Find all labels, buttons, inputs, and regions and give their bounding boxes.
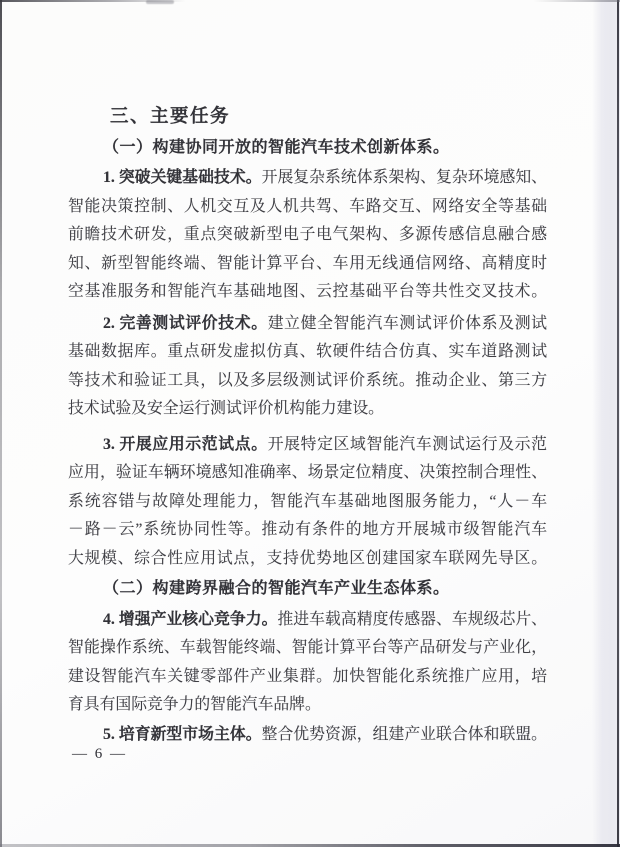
text-line: 1. 突破关键基础技术。开展复杂系统体系架构、复杂环境感知、 [68,164,547,193]
emphasis-text: （二）构建跨界融合的智能汽车产业生态体系。 [103,580,450,597]
paragraph: 3. 开展应用示范试点。开展特定区域智能汽车测试运行及示范应用，验证车辆环境感知… [68,431,547,574]
body-text: 推进车载高精度传感器、车规级芯片、 [277,611,547,628]
text-line: 4. 增强产业核心竞争力。推进车载高精度传感器、车规级芯片、 [68,606,547,635]
text-line: 2. 完善测试评价技术。建立健全智能汽车测试评价体系及测试 [68,310,547,339]
body-text: 开展特定区域智能汽车测试运行及示范 [268,436,547,453]
text-line: 5. 培育新型市场主体。整合优势资源，组建产业联合体和联盟。 [68,721,547,750]
body-text: 知、新型智能终端、智能计算平台、车用无线通信网络、高精度时 [68,255,547,272]
body-text: 育具有国际竞争力的智能汽车品牌。 [68,696,321,713]
body-text: 基础数据库。重点研发虚拟仿真、软硬件结合仿真、实车道路测试 [68,343,547,360]
text-line: 前瞻技术研发，重点突破新型电子电气架构、多源传感信息融合感 [68,221,547,250]
text-line: 三、主要任务 [68,102,547,131]
emphasis-text: 三、主要任务 [110,105,230,126]
text-line: 技术试验及安全运行测试评价机构能力建设。 [68,395,547,424]
emphasis-text: 4. 增强产业核心竞争力。 [103,611,277,628]
emphasis-text: （一）构建协同开放的智能汽车技术创新体系。 [103,139,450,156]
text-line: 知、新型智能终端、智能计算平台、车用无线通信网络、高精度时 [68,250,547,279]
text-line: －路－云”系统协同性等。推动有条件的地方开展城市级智能汽车 [68,516,547,545]
document-body: 三、主要任务（一）构建协同开放的智能汽车技术创新体系。1. 突破关键基础技术。开… [68,102,547,749]
body-text: 应用，验证车辆环境感知准确率、场景定位精度、决策控制合理性、 [68,464,547,481]
body-text: 技术试验及安全运行测试评价机构能力建设。 [68,400,384,417]
emphasis-text: 5. 培育新型市场主体。 [103,726,262,743]
text-line: 大规模、综合性应用试点，支持优势地区创建国家车联网先导区。 [68,545,547,574]
text-line: （二）构建跨界融合的智能汽车产业生态体系。 [68,575,547,604]
body-text: 智能决策控制、人机交互及人机共驾、车路交互、网络安全等基础 [68,198,547,215]
body-text: 空基准服务和智能汽车基础地图、云控基础平台等共性交叉技术。 [68,283,547,300]
text-line: 3. 开展应用示范试点。开展特定区域智能汽车测试运行及示范 [68,431,547,460]
scan-edge-top [0,0,620,2]
paragraph: 2. 完善测试评价技术。建立健全智能汽车测试评价体系及测试基础数据库。重点研发虚… [68,310,547,424]
scan-right-page-edge [592,0,620,847]
body-text: －路－云”系统协同性等。推动有条件的地方开展城市级智能汽车 [68,521,547,538]
text-line: 育具有国际竞争力的智能汽车品牌。 [68,691,547,720]
body-text: 前瞻技术研发，重点突破新型电子电气架构、多源传感信息融合感 [68,226,547,243]
body-text: 大规模、综合性应用试点，支持优势地区创建国家车联网先导区。 [68,550,547,567]
scanned-page: 三、主要任务（一）构建协同开放的智能汽车技术创新体系。1. 突破关键基础技术。开… [0,0,620,847]
paragraph: 5. 培育新型市场主体。整合优势资源，组建产业联合体和联盟。 [68,721,547,750]
emphasis-text: 3. 开展应用示范试点。 [103,436,268,453]
text-line: 智能决策控制、人机交互及人机共驾、车路交互、网络安全等基础 [68,193,547,222]
sub-heading: （一）构建协同开放的智能汽车技术创新体系。 [68,134,547,163]
emphasis-text: 2. 完善测试评价技术。 [103,315,268,332]
sub-heading: （二）构建跨界融合的智能汽车产业生态体系。 [68,575,547,604]
body-text: 智能操作系统、车载智能终端、智能计算平台等产品研发与产业化， [68,639,547,656]
text-line: 空基准服务和智能汽车基础地图、云控基础平台等共性交叉技术。 [68,278,547,307]
body-text: 开展复杂系统体系架构、复杂环境感知、 [262,169,547,186]
text-line: （一）构建协同开放的智能汽车技术创新体系。 [68,134,547,163]
scan-edge-left [0,0,2,847]
text-line: 建设智能汽车关键零部件产业集群。加快智能化系统推广应用，培 [68,663,547,692]
body-text: 系统容错与故障处理能力，智能汽车基础地图服务能力，“人－车 [68,493,547,510]
emphasis-text: 1. 突破关键基础技术。 [103,169,262,186]
text-line: 系统容错与故障处理能力，智能汽车基础地图服务能力，“人－车 [68,488,547,517]
section-heading: 三、主要任务 [68,102,547,131]
text-line: 等技术和验证工具，以及多层级测试评价系统。推动企业、第三方 [68,367,547,396]
body-text: 等技术和验证工具，以及多层级测试评价系统。推动企业、第三方 [68,372,547,389]
text-line: 基础数据库。重点研发虚拟仿真、软硬件结合仿真、实车道路测试 [68,338,547,367]
body-text: 整合优势资源，组建产业联合体和联盟。 [262,726,547,743]
body-text: 建立健全智能汽车测试评价体系及测试 [268,315,547,332]
page-number: — 6 — [72,746,127,763]
text-line: 应用，验证车辆环境感知准确率、场景定位精度、决策控制合理性、 [68,459,547,488]
text-line: 智能操作系统、车载智能终端、智能计算平台等产品研发与产业化， [68,634,547,663]
paragraph: 4. 增强产业核心竞争力。推进车载高精度传感器、车规级芯片、智能操作系统、车载智… [68,606,547,720]
paragraph: 1. 突破关键基础技术。开展复杂系统体系架构、复杂环境感知、智能决策控制、人机交… [68,164,547,307]
body-text: 建设智能汽车关键零部件产业集群。加快智能化系统推广应用，培 [68,668,547,685]
